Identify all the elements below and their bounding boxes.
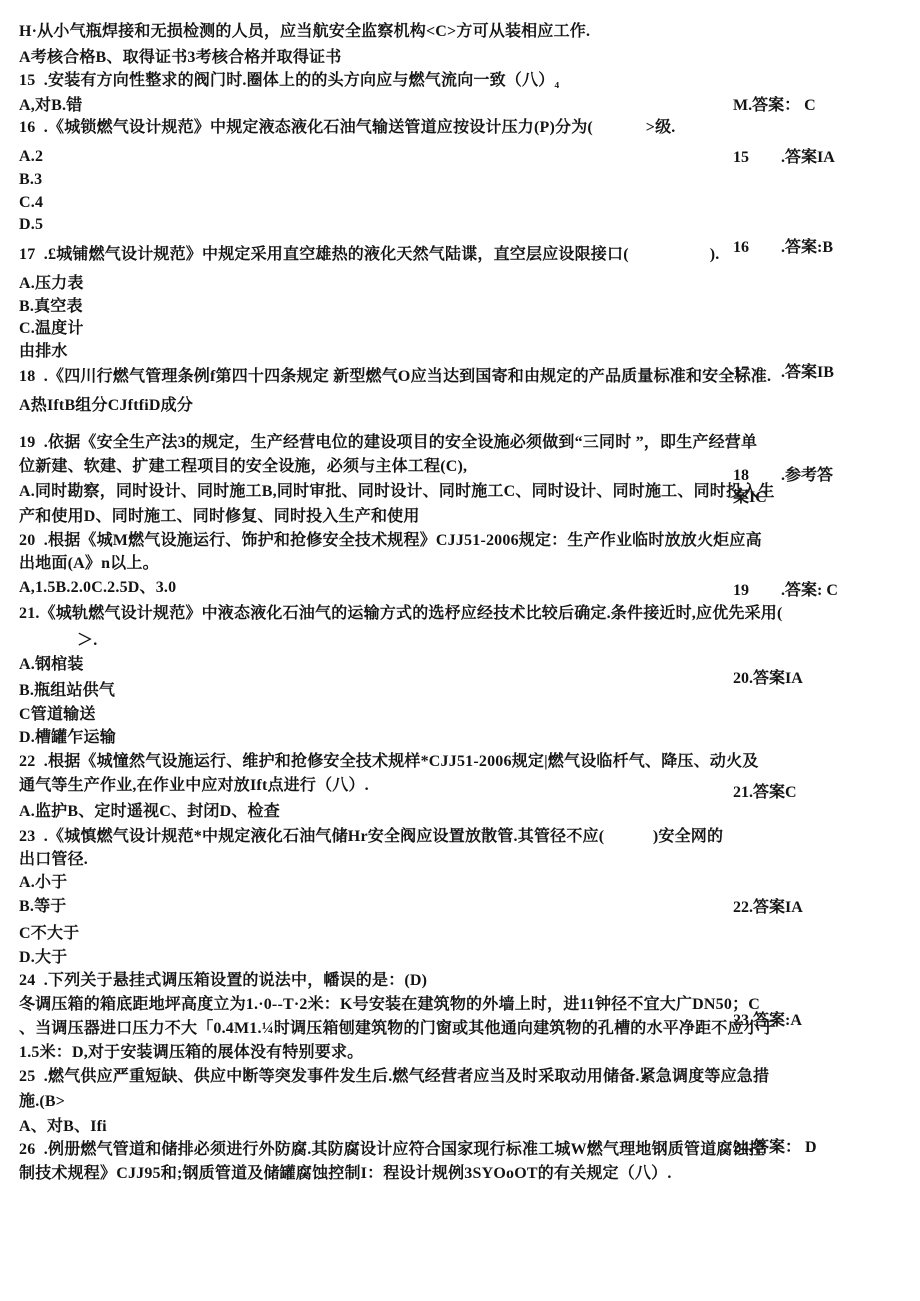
option-line: A.监护B、定时遥视C、封闭D、检查	[19, 802, 280, 821]
answer-annotation: 16 .答案:B	[733, 237, 833, 259]
option-line: D.5	[19, 215, 43, 234]
question-line: 22 .根据《城憧然气设施运行、维护和抢修安全技术规样*CJJ51-2006规定…	[19, 752, 758, 771]
text-line: 出口管径.	[19, 850, 88, 869]
text-line: 1.5米：D,对于安装调压箱的展体没有特别要求。	[19, 1043, 363, 1062]
answer-annotation: 20.答案IA	[733, 668, 803, 690]
text-line: 通气等生产作业,在作业中应对放Ift点进行（八）.	[19, 776, 369, 795]
question-line: 19 .依据《安全生产法3的规定，生产经营电位的建设项目的安全设施必须做到“三同…	[19, 433, 757, 452]
text-line: ＞.	[77, 631, 97, 650]
question-line: 21.《城轨燃气设计规范》中液态液化石油气的运输方式的选杼应经技术比较后确定.条…	[19, 604, 783, 623]
text-line: 制技术规程》CJJ95和;钢质管道及储罐腐蚀控制I：程设计规例3SYOoOT的有…	[19, 1164, 672, 1183]
question-line: 24 .下列关于悬挂式调压箱设置的说法中，幡误的是：(D)	[19, 971, 427, 990]
option-line: B.真空表	[19, 297, 83, 316]
answer-annotation: 21.答案C	[733, 782, 797, 804]
option-line: 由排水	[19, 342, 68, 361]
option-line: A热IftB组分CJftfiD成分	[19, 396, 193, 415]
text-line: 出地面(A》n以上。	[19, 554, 159, 573]
question-line: 18 .《四川行燃气管理条例f第四十四条规定 新型燃气O应当达到国寄和由规定的产…	[19, 367, 771, 386]
option-line: D.大于	[19, 948, 67, 967]
answer-annotation: 22.答案IA	[733, 897, 803, 919]
question-line: 26 .例册燃气管道和储排必须进行外防腐.其防腐设计应符合国家现行标准工城W燃气…	[19, 1140, 765, 1159]
option-line: A.钢棺装	[19, 655, 84, 674]
option-line: A,对B.错	[19, 96, 82, 115]
question-line: 25 .燃气供应严重短缺、供应中断等突发事件发生后.燃气经营者应当及时采取动用储…	[19, 1067, 769, 1086]
option-line: C管道输送	[19, 705, 96, 724]
document-page: H·从小气瓶焊接和无损检测的人员，应当航安全监察机构<C>方可从装相应工作. A…	[0, 0, 920, 1301]
answer-annotation: M.答案： C	[733, 95, 816, 117]
option-line: A,1.5B.2.0C.2.5D、3.0	[19, 578, 176, 597]
question-line: 20 .根据《城M燃气设施运行、饰护和抢修安全技术规程》CJJ51-2006规定…	[19, 531, 762, 550]
text-line: 产和使用D、同时施工、同时修复、同时投入生产和使用	[19, 507, 420, 526]
option-line: A.同时勘察，同时设计、同时施工B,同时审批、同时设计、同时施工C、同时设计、同…	[19, 482, 775, 501]
question-line: 16 .《城锁燃气设计规范》中规定液态液化石油气输送管道应按设计压力(P)分为(…	[19, 118, 675, 137]
option-line: B.3	[19, 170, 42, 189]
text-line: 位新建、软建、扩建工程项目的安全设施，必须与主体工程(C),	[19, 457, 467, 476]
text-line: 冬调压箱的箱底距地坪高度立为1.·0--T·2米：K号安装在建筑物的外墙上时，进…	[19, 995, 760, 1014]
question-line: 17 .£城铺燃气设计规范》中规定采用直空雄热的液化天然气陆谍，直空层应设限接口…	[19, 245, 719, 264]
answer-annotation: 17 .答案IB	[733, 362, 834, 384]
option-line: A考核合格B、取得证书3考核合格并取得证书	[19, 48, 341, 67]
option-line: C.4	[19, 193, 43, 212]
option-line: A.2	[19, 147, 43, 166]
question-line: 15 .安装有方向性整求的阀门时.圈体上的的头方向应与燃气流向一致（八）₄	[19, 71, 559, 90]
option-line: B.等于	[19, 897, 66, 916]
text-line: 、当调压器进口压力不大「0.4M1.¼时调压箱刨建筑物的门窗或其他通向建筑物的孔…	[19, 1019, 776, 1038]
option-line: B.瓶组站供气	[19, 681, 115, 700]
answer-annotation: 15 .答案IA	[733, 147, 835, 169]
answer-annotation: 23.答案:A	[733, 1010, 802, 1032]
answer-annotation: 24.答案： D	[733, 1137, 817, 1159]
option-line: A.压力表	[19, 274, 84, 293]
option-line: A、对B、Ifi	[19, 1117, 107, 1136]
question-line: 23 .《城慎燃气设计规范*中规定液化石油气储Hr安全阀应设置放散管.其管径不应…	[19, 827, 723, 846]
answer-annotation: 18 .参考答案IC	[733, 465, 845, 509]
answer-annotation: 19 .答案: C	[733, 580, 838, 602]
option-line: A.小于	[19, 873, 67, 892]
option-line: C不大于	[19, 924, 79, 943]
text-line: H·从小气瓶焊接和无损检测的人员，应当航安全监察机构<C>方可从装相应工作.	[19, 22, 590, 41]
option-line: C.温度计	[19, 319, 84, 338]
text-line: 施.(B>	[19, 1092, 65, 1111]
option-line: D.槽罐乍运输	[19, 728, 116, 747]
